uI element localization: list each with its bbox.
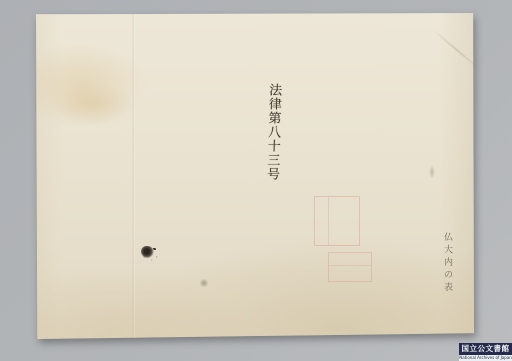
archives-watermark: 国立公文書館 National Archives of Japan <box>459 343 512 361</box>
calligraphy-title: 法律第八十三号 <box>255 83 284 194</box>
archives-watermark-english: National Archives of Japan <box>459 355 512 361</box>
archives-watermark-japanese: 国立公文書館 <box>459 343 512 355</box>
document-page: 法律第八十三号 仏大内の表 <box>36 13 474 339</box>
corner-crease <box>431 28 483 72</box>
scanned-document-view: 法律第八十三号 仏大内の表 国立公文書館 National Archives o… <box>0 0 512 361</box>
stamp-bleed-rect-upper <box>314 196 360 246</box>
stamp-bleed-through <box>312 194 398 290</box>
stamp-bleed-rect-lower <box>328 252 372 282</box>
document-page-wrapper: 法律第八十三号 仏大内の表 <box>36 13 474 339</box>
side-annotation: 仏大内の表 <box>440 232 454 310</box>
pencil-smudge <box>199 279 209 287</box>
fold-crease <box>132 13 135 339</box>
faint-smudge <box>429 165 435 179</box>
ink-blot <box>141 246 154 258</box>
